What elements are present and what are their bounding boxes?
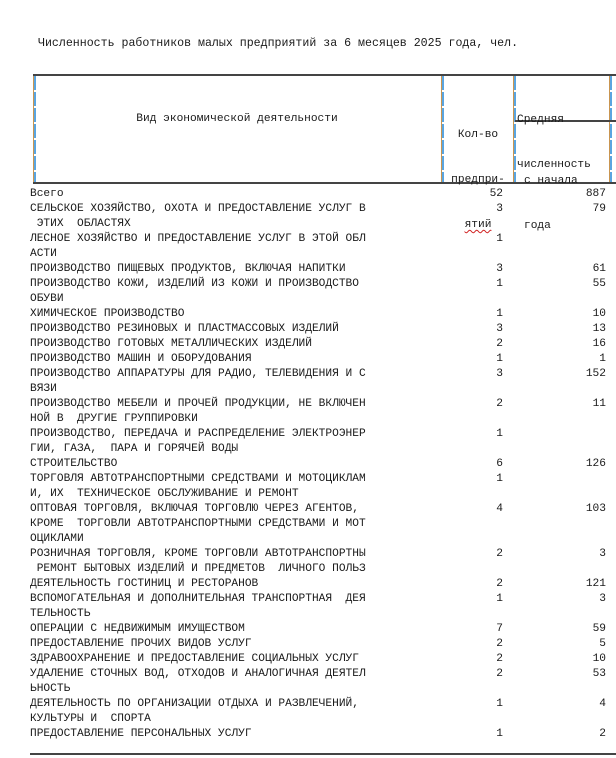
- enterprise-count: 4: [496, 502, 503, 517]
- header-border-left: [33, 76, 36, 182]
- enterprise-count: 2: [496, 652, 503, 667]
- activity-name: ПРОИЗВОДСТВО ГОТОВЫХ МЕТАЛЛИЧЕСКИХ ИЗДЕЛ…: [30, 337, 450, 352]
- table-row: ДЕЯТЕЛЬНОСТЬ ПО ОРГАНИЗАЦИИ ОТДЫХА И РАЗ…: [30, 697, 610, 727]
- average-headcount: 2: [599, 727, 606, 742]
- activity-name: ОПТОВАЯ ТОРГОВЛЯ, ВКЛЮЧАЯ ТОРГОВЛЮ ЧЕРЕЗ…: [30, 502, 450, 547]
- enterprise-count: 1: [496, 232, 503, 247]
- average-headcount: 3: [599, 592, 606, 607]
- average-headcount: 79: [593, 202, 606, 217]
- average-headcount: 53: [593, 667, 606, 682]
- table-row: ХИМИЧЕСКОЕ ПРОИЗВОДСТВО110: [30, 307, 610, 322]
- table-row: ПРОИЗВОДСТВО ПИЩЕВЫХ ПРОДУКТОВ, ВКЛЮЧАЯ …: [30, 262, 610, 277]
- average-headcount: 10: [593, 652, 606, 667]
- average-headcount: 55: [593, 277, 606, 292]
- table-row: ПРОИЗВОДСТВО МАШИН И ОБОРУДОВАНИЯ11: [30, 352, 610, 367]
- enterprise-count: 1: [496, 592, 503, 607]
- average-headcount: 5: [599, 637, 606, 652]
- average-headcount: 121: [586, 577, 606, 592]
- table-row: ВСПОМОГАТЕЛЬНАЯ И ДОПОЛНИТЕЛЬНАЯ ТРАНСПО…: [30, 592, 610, 622]
- activity-name: ДЕЯТЕЛЬНОСТЬ ГОСТИНИЦ И РЕСТОРАНОВ: [30, 577, 450, 592]
- enterprise-count: 1: [496, 307, 503, 322]
- activity-name: ОПЕРАЦИИ С НЕДВИЖИМЫМ ИМУЩЕСТВОМ: [30, 622, 450, 637]
- table-row: ПРОИЗВОДСТВО ГОТОВЫХ МЕТАЛЛИЧЕСКИХ ИЗДЕЛ…: [30, 337, 610, 352]
- activity-name: Всего: [30, 187, 450, 202]
- enterprise-count: 1: [496, 352, 503, 367]
- table-row: ПРОИЗВОДСТВО РЕЗИНОВЫХ И ПЛАСТМАССОВЫХ И…: [30, 322, 610, 337]
- average-headcount: 59: [593, 622, 606, 637]
- table-row: ПРОИЗВОДСТВО, ПЕРЕДАЧА И РАСПРЕДЕЛЕНИЕ Э…: [30, 427, 610, 457]
- activity-name: СТРОИТЕЛЬСТВО: [30, 457, 450, 472]
- enterprise-count: 6: [496, 457, 503, 472]
- table-row: ПРОИЗВОДСТВО АППАРАТУРЫ ДЛЯ РАДИО, ТЕЛЕВ…: [30, 367, 610, 397]
- enterprise-count: 1: [496, 277, 503, 292]
- activity-name: ЗДРАВООХРАНЕНИЕ И ПРЕДОСТАВЛЕНИЕ СОЦИАЛЬ…: [30, 652, 450, 667]
- activity-name: ПРОИЗВОДСТВО АППАРАТУРЫ ДЛЯ РАДИО, ТЕЛЕВ…: [30, 367, 450, 397]
- activity-name: ВСПОМОГАТЕЛЬНАЯ И ДОПОЛНИТЕЛЬНАЯ ТРАНСПО…: [30, 592, 450, 622]
- average-headcount: 126: [586, 457, 606, 472]
- activity-name: ДЕЯТЕЛЬНОСТЬ ПО ОРГАНИЗАЦИИ ОТДЫХА И РАЗ…: [30, 697, 450, 727]
- average-headcount: 4: [599, 697, 606, 712]
- enterprise-count: 1: [496, 472, 503, 487]
- enterprise-count: 3: [496, 322, 503, 337]
- enterprise-count: 2: [496, 577, 503, 592]
- activity-name: ПРОИЗВОДСТВО РЕЗИНОВЫХ И ПЛАСТМАССОВЫХ И…: [30, 322, 450, 337]
- activity-name: ПРОИЗВОДСТВО МАШИН И ОБОРУДОВАНИЯ: [30, 352, 450, 367]
- table-row: ОПЕРАЦИИ С НЕДВИЖИМЫМ ИМУЩЕСТВОМ759: [30, 622, 610, 637]
- enterprise-count: 1: [496, 697, 503, 712]
- table-row: СТРОИТЕЛЬСТВО6126: [30, 457, 610, 472]
- table-row: СЕЛЬСКОЕ ХОЗЯЙСТВО, ОХОТА И ПРЕДОСТАВЛЕН…: [30, 202, 610, 232]
- activity-name: ПРОИЗВОДСТВО, ПЕРЕДАЧА И РАСПРЕДЕЛЕНИЕ Э…: [30, 427, 450, 457]
- table-header: Вид экономической деятельности Кол-во пр…: [33, 74, 616, 184]
- table-row: ТОРГОВЛЯ АВТОТРАНСПОРТНЫМИ СРЕДСТВАМИ И …: [30, 472, 610, 502]
- average-headcount: 11: [593, 397, 606, 412]
- table-row: ДЕЯТЕЛЬНОСТЬ ГОСТИНИЦ И РЕСТОРАНОВ2121: [30, 577, 610, 592]
- document-title: Численность работников малых предприятий…: [38, 37, 518, 50]
- enterprise-count: 1: [496, 727, 503, 742]
- table-row: ПРОИЗВОДСТВО КОЖИ, ИЗДЕЛИЙ ИЗ КОЖИ И ПРО…: [30, 277, 610, 307]
- activity-name: ПРОИЗВОДСТВО ПИЩЕВЫХ ПРОДУКТОВ, ВКЛЮЧАЯ …: [30, 262, 450, 277]
- header-count-line2: предпри-: [442, 173, 514, 188]
- activity-name: ПРЕДОСТАВЛЕНИЕ ПЕРСОНАЛЬНЫХ УСЛУГ: [30, 727, 450, 742]
- activity-name: ПРОИЗВОДСТВО КОЖИ, ИЗДЕЛИЙ ИЗ КОЖИ И ПРО…: [30, 277, 450, 307]
- table-row: ПРОИЗВОДСТВО МЕБЕЛИ И ПРОЧЕЙ ПРОДУКЦИИ, …: [30, 397, 610, 427]
- activity-name: РОЗНИЧНАЯ ТОРГОВЛЯ, КРОМЕ ТОРГОВЛИ АВТОТ…: [30, 547, 450, 577]
- enterprise-count: 2: [496, 637, 503, 652]
- average-headcount: 16: [593, 337, 606, 352]
- average-headcount: 61: [593, 262, 606, 277]
- average-headcount: 10: [593, 307, 606, 322]
- activity-name: ЛЕСНОЕ ХОЗЯЙСТВО И ПРЕДОСТАВЛЕНИЕ УСЛУГ …: [30, 232, 450, 262]
- table-row: РОЗНИЧНАЯ ТОРГОВЛЯ, КРОМЕ ТОРГОВЛИ АВТОТ…: [30, 547, 610, 577]
- header-activity: Вид экономической деятельности: [33, 112, 441, 127]
- activity-name: ТОРГОВЛЯ АВТОТРАНСПОРТНЫМИ СРЕДСТВАМИ И …: [30, 472, 450, 502]
- enterprise-count: 3: [496, 262, 503, 277]
- average-headcount: 3: [599, 547, 606, 562]
- table-row: ЗДРАВООХРАНЕНИЕ И ПРЕДОСТАВЛЕНИЕ СОЦИАЛЬ…: [30, 652, 610, 667]
- enterprise-count: 2: [496, 547, 503, 562]
- average-headcount: 1: [599, 352, 606, 367]
- enterprise-count: 1: [496, 427, 503, 442]
- average-headcount: 13: [593, 322, 606, 337]
- table-row: ПРЕДОСТАВЛЕНИЕ ПРОЧИХ ВИДОВ УСЛУГ25: [30, 637, 610, 652]
- activity-name: СЕЛЬСКОЕ ХОЗЯЙСТВО, ОХОТА И ПРЕДОСТАВЛЕН…: [30, 202, 450, 232]
- table-row: ПРЕДОСТАВЛЕНИЕ ПЕРСОНАЛЬНЫХ УСЛУГ12: [30, 727, 610, 742]
- header-count-line1: Кол-во: [442, 128, 514, 143]
- table-row: Всего52887: [30, 187, 610, 202]
- average-headcount: 887: [586, 187, 606, 202]
- enterprise-count: 2: [496, 667, 503, 682]
- table-bottom-border: [30, 753, 616, 755]
- table-row: УДАЛЕНИЕ СТОЧНЫХ ВОД, ОТХОДОВ И АНАЛОГИЧ…: [30, 667, 610, 697]
- table-row: ЛЕСНОЕ ХОЗЯЙСТВО И ПРЕДОСТАВЛЕНИЕ УСЛУГ …: [30, 232, 610, 262]
- enterprise-count: 2: [496, 397, 503, 412]
- table-body: Всего52887СЕЛЬСКОЕ ХОЗЯЙСТВО, ОХОТА И ПР…: [30, 187, 610, 742]
- average-headcount: 103: [586, 502, 606, 517]
- header-border-col4: [609, 76, 612, 182]
- enterprise-count: 2: [496, 337, 503, 352]
- enterprise-count: 3: [496, 202, 503, 217]
- table-row: ОПТОВАЯ ТОРГОВЛЯ, ВКЛЮЧАЯ ТОРГОВЛЮ ЧЕРЕЗ…: [30, 502, 610, 547]
- activity-name: УДАЛЕНИЕ СТОЧНЫХ ВОД, ОТХОДОВ И АНАЛОГИЧ…: [30, 667, 450, 697]
- activity-name: ПРОИЗВОДСТВО МЕБЕЛИ И ПРОЧЕЙ ПРОДУКЦИИ, …: [30, 397, 450, 427]
- activity-name: ХИМИЧЕСКОЕ ПРОИЗВОДСТВО: [30, 307, 450, 322]
- enterprise-count: 7: [496, 622, 503, 637]
- activity-name: ПРЕДОСТАВЛЕНИЕ ПРОЧИХ ВИДОВ УСЛУГ: [30, 637, 450, 652]
- enterprise-count: 52: [490, 187, 503, 202]
- enterprise-count: 3: [496, 367, 503, 382]
- header-avg-line1: Средняя: [517, 113, 591, 128]
- average-headcount: 152: [586, 367, 606, 382]
